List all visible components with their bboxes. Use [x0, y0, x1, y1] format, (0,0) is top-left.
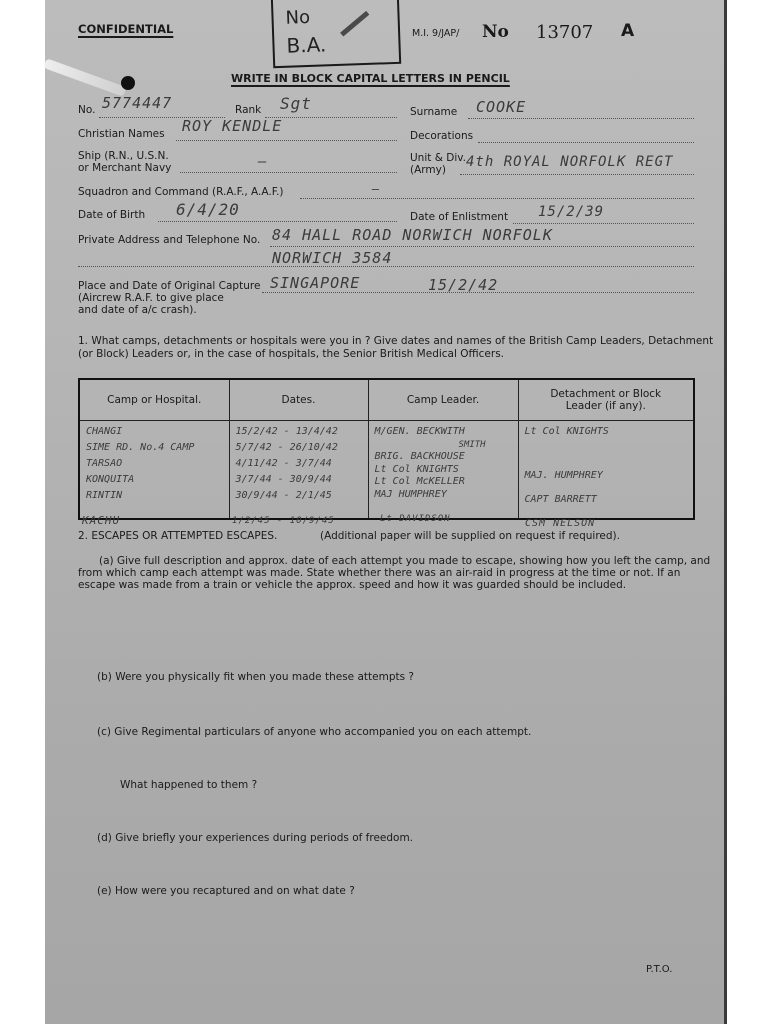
- section1-question-line1: 1. What camps, detachments or hospitals …: [78, 335, 713, 347]
- capture-place-value[interactable]: SINGAPORE: [270, 274, 360, 292]
- rank-label: Rank: [235, 104, 261, 116]
- question-2a-line1: (a) Give full description and approx. da…: [99, 555, 710, 567]
- overflow-dates[interactable]: 1/2/45 - 10/9/45: [232, 516, 335, 526]
- capture-label: Place and Date of Original Capture (Airc…: [78, 280, 260, 316]
- ship-line: [180, 172, 397, 173]
- address-value-line1[interactable]: 84 HALL ROAD NORWICH NORFOLK: [272, 226, 553, 244]
- camps-table-header: Camp or Hospital. Dates. Camp Leader. De…: [79, 379, 694, 421]
- classification-label: CONFIDENTIAL: [78, 22, 173, 36]
- section2-note: (Additional paper will be supplied on re…: [320, 530, 620, 542]
- dates-entry: 3/7/44 - 30/9/44: [230, 472, 368, 488]
- question-2e: (e) How were you recaptured and on what …: [97, 885, 355, 897]
- camp-entry: RINTIN: [80, 488, 229, 504]
- decorations-label: Decorations: [410, 130, 473, 142]
- dates-entry: 4/11/42 - 3/7/44: [230, 456, 368, 472]
- decorations-line: [478, 142, 694, 143]
- enlistment-value[interactable]: 15/2/39: [538, 204, 604, 220]
- stamp-no: No: [285, 7, 310, 29]
- camp-entry: KONQUITA: [80, 472, 229, 488]
- ship-label-line2: or Merchant Navy: [78, 162, 171, 174]
- dates-cell[interactable]: 15/2/42 - 13/4/42 5/7/42 - 26/10/42 4/11…: [229, 421, 368, 520]
- table-row: CHANGI SIME RD. No.4 CAMP TARSAO KONQUIT…: [79, 421, 694, 520]
- overflow-leader[interactable]: Lt DAVIDSON: [380, 514, 451, 524]
- leader-entry: Lt Col McKELLER: [369, 476, 518, 488]
- detachment-entry: Lt Col KNIGHTS: [519, 424, 694, 440]
- service-number-value[interactable]: 5774447: [102, 94, 172, 112]
- ref-prefix: M.I. 9/JAP/: [412, 28, 459, 39]
- camp-entry: SIME RD. No.4 CAMP: [80, 440, 229, 456]
- col-header-camp: Camp or Hospital.: [79, 379, 229, 421]
- ship-label: Ship (R.N., U.S.N. or Merchant Navy: [78, 150, 171, 174]
- question-2a-line3: escape was made from a train or vehicle …: [78, 579, 626, 591]
- enlistment-line: [513, 223, 694, 224]
- dob-label: Date of Birth: [78, 209, 145, 221]
- christian-names-label: Christian Names: [78, 128, 165, 140]
- unit-label-line1: Unit & Div.: [410, 152, 466, 164]
- ref-number: 13707: [536, 22, 593, 43]
- capture-label-line3: and date of a/c crash).: [78, 304, 260, 316]
- ref-suffix: A: [621, 21, 634, 41]
- section1-question-line2: (or Block) Leaders or, in the case of ho…: [78, 348, 504, 360]
- surname-label: Surname: [410, 106, 457, 118]
- address-label: Private Address and Telephone No.: [78, 234, 260, 246]
- stamp-ba: B.A.: [286, 32, 327, 57]
- camp-entry: CHANGI: [80, 424, 229, 440]
- camp-entry: TARSAO: [80, 456, 229, 472]
- question-2d: (d) Give briefly your experiences during…: [97, 832, 413, 844]
- dates-entry: 15/2/42 - 13/4/42: [230, 424, 368, 440]
- rank-line: [265, 117, 397, 118]
- capture-date-value[interactable]: 15/2/42: [428, 276, 498, 294]
- dates-entry: 5/7/42 - 26/10/42: [230, 440, 368, 456]
- capture-label-line2: (Aircrew R.A.F. to give place: [78, 292, 260, 304]
- rank-value[interactable]: Sgt: [280, 94, 312, 113]
- ship-value[interactable]: —: [258, 154, 267, 170]
- ship-label-line1: Ship (R.N., U.S.N.: [78, 150, 171, 162]
- dates-entry: 30/9/44 - 2/1/45: [230, 488, 368, 504]
- overflow-detachment[interactable]: CSM NELSON: [525, 518, 595, 529]
- surname-line: [468, 118, 694, 119]
- instruction-heading: WRITE IN BLOCK CAPITAL LETTERS IN PENCIL: [231, 72, 510, 85]
- enlistment-label: Date of Enlistment: [410, 211, 508, 223]
- question-2c: (c) Give Regimental particulars of anyon…: [97, 726, 531, 738]
- squadron-line: [300, 198, 694, 199]
- capture-label-line1: Place and Date of Original Capture: [78, 280, 260, 292]
- unit-value[interactable]: 4th ROYAL NORFOLK REGT: [466, 154, 673, 170]
- squadron-label: Squadron and Command (R.A.F., A.A.F.): [78, 186, 284, 198]
- unit-label-line2: (Army): [410, 164, 466, 176]
- unit-line: [460, 174, 694, 175]
- overflow-camp[interactable]: KACHU: [82, 514, 120, 527]
- no-label: No.: [78, 104, 95, 116]
- punch-hole: [121, 76, 135, 90]
- leader-entry: BRIG. BACKHOUSE: [369, 450, 518, 464]
- surname-value[interactable]: COOKE: [476, 98, 526, 116]
- unit-label: Unit & Div. (Army): [410, 152, 466, 176]
- camp-cell[interactable]: CHANGI SIME RD. No.4 CAMP TARSAO KONQUIT…: [79, 421, 229, 520]
- question-2a-line2: from which camp each attempt was made. S…: [78, 567, 680, 579]
- section2-title: 2. ESCAPES OR ATTEMPTED ESCAPES.: [78, 530, 277, 542]
- leader-entry: M/GEN. BECKWITH: [369, 424, 518, 440]
- dob-line: [158, 221, 397, 222]
- leader-entry: Lt Col KNIGHTS: [369, 464, 518, 476]
- detachment-entry: CAPT BARRETT: [519, 492, 694, 508]
- christian-names-line: [176, 140, 397, 141]
- detachment-spacer: [519, 484, 694, 492]
- col-header-dates: Dates.: [229, 379, 368, 421]
- ref-no-label: No: [482, 22, 509, 42]
- col-header-camp-leader: Camp Leader.: [368, 379, 518, 421]
- address-line-1: [270, 246, 694, 247]
- question-2c-followup: What happened to them ?: [120, 779, 257, 791]
- dob-value[interactable]: 6/4/20: [176, 200, 240, 219]
- christian-names-value[interactable]: ROY KENDLE: [182, 117, 282, 135]
- question-2b: (b) Were you physically fit when you mad…: [97, 671, 414, 683]
- camps-table: Camp or Hospital. Dates. Camp Leader. De…: [78, 378, 695, 520]
- address-value-line2[interactable]: NORWICH 3584: [272, 249, 392, 267]
- leader-entry: SMITH: [369, 440, 518, 450]
- col-header-detachment-leader: Detachment or Block Leader (if any).: [518, 379, 694, 421]
- camp-leader-cell[interactable]: M/GEN. BECKWITH SMITH BRIG. BACKHOUSE Lt…: [368, 421, 518, 520]
- leader-entry: MAJ HUMPHREY: [369, 488, 518, 502]
- detachment-leader-cell[interactable]: Lt Col KNIGHTS MAJ. HUMPHREY CAPT BARRET…: [518, 421, 694, 520]
- detachment-entry: MAJ. HUMPHREY: [519, 468, 694, 484]
- squadron-value[interactable]: —: [372, 182, 380, 196]
- detachment-spacer: [519, 440, 694, 468]
- pto-label: P.T.O.: [646, 964, 672, 975]
